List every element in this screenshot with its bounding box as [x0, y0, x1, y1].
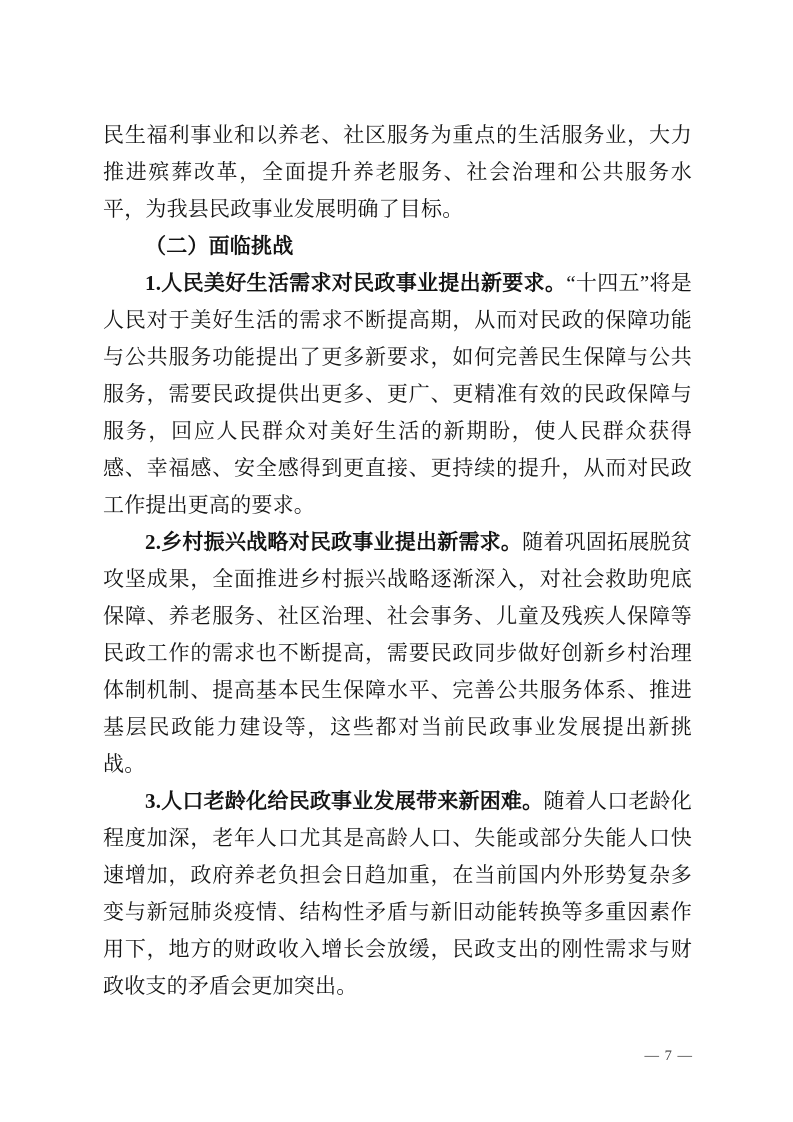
numbered-paragraph-2: 2.乡村振兴战略对民政事业提出新需求。随着巩固拓展脱贫攻坚成果，全面推进乡村振兴… [103, 524, 692, 783]
document-page: 民生福利事业和以养老、社区服务为重点的生活服务业，大力推进殡葬改革，全面提升养老… [0, 0, 793, 1122]
numbered-paragraph-3: 3.人口老龄化给民政事业发展带来新困难。随着人口老龄化程度加深，老年人口尤其是高… [103, 783, 692, 1005]
paragraph-3-lead: 3.人口老龄化给民政事业发展带来新困难。 [145, 789, 543, 813]
section-heading: （二）面临挑战 [103, 228, 692, 265]
paragraph-1-lead: 1.人民美好生活需求对民政事业提出新要求。 [145, 271, 566, 295]
paragraph-2-lead: 2.乡村振兴战略对民政事业提出新需求。 [145, 530, 522, 554]
paragraph-3-text: 随着人口老龄化程度加深，老年人口尤其是高龄人口、失能或部分失能人口快速增加，政府… [103, 789, 692, 998]
numbered-paragraph-1: 1.人民美好生活需求对民政事业提出新要求。“十四五”将是人民对于美好生活的需求不… [103, 265, 692, 524]
paragraph-2-text: 随着巩固拓展脱贫攻坚成果，全面推进乡村振兴战略逐渐深入，对社会救助兜底保障、养老… [103, 530, 692, 776]
paragraph-1-text: “十四五”将是人民对于美好生活的需求不断提高期，从而对民政的保障功能与公共服务功… [103, 271, 692, 517]
continuation-paragraph: 民生福利事业和以养老、社区服务为重点的生活服务业，大力推进殡葬改革，全面提升养老… [103, 117, 692, 228]
page-number: — 7 — [645, 1048, 694, 1065]
document-body: 民生福利事业和以养老、社区服务为重点的生活服务业，大力推进殡葬改革，全面提升养老… [103, 117, 692, 1005]
